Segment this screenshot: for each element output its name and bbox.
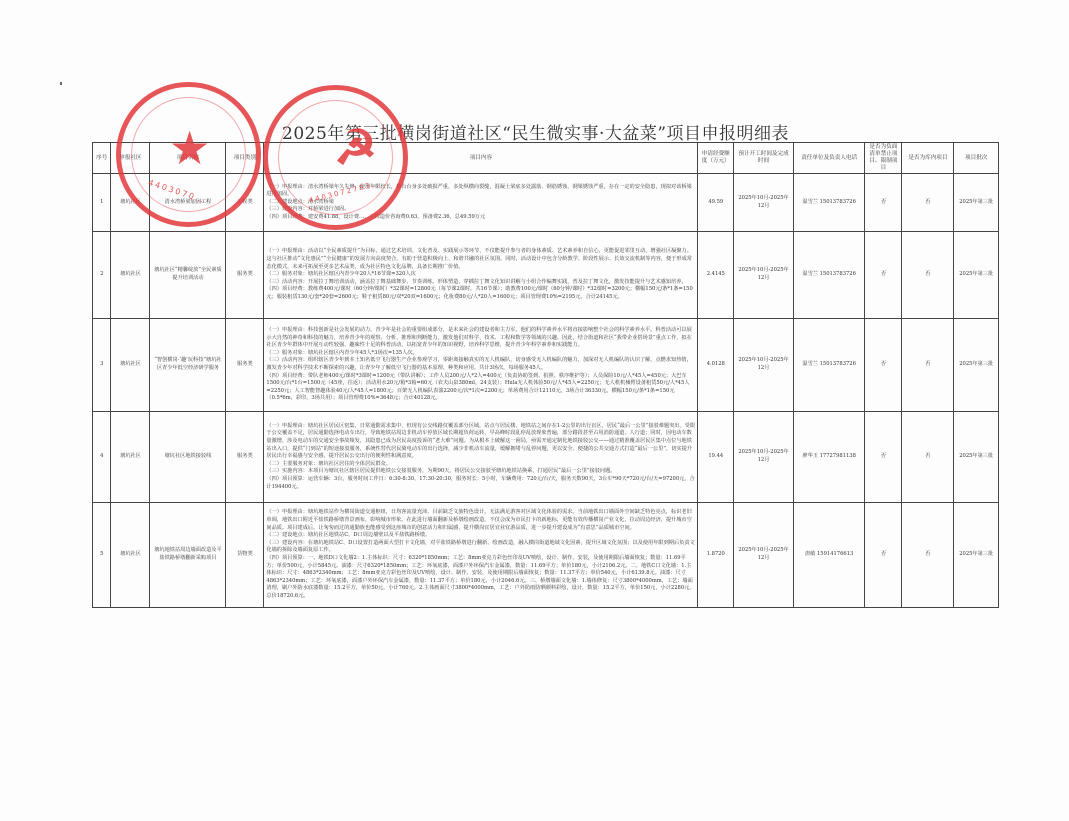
content-budget: （四）项目经费：教练费400元/课时（60分钟/课时）*32课时=12800元（…	[266, 286, 695, 301]
cell-name: 塘坑地铁站周边墙面改造及平盐铁路桥墩翻新采购项目	[150, 503, 226, 608]
cell-negative-list: 否	[865, 412, 902, 503]
content-scope: （三）建设内容：在塘坑地铁站C、D口设置打造两面大型打卡文化墙，对平盐铁路桥墩进…	[266, 540, 695, 555]
cell-amount: 4.0128	[698, 319, 734, 412]
cell-community: 塘坑社区	[111, 232, 150, 319]
scan-speck	[60, 82, 62, 85]
content-reason: （一）申报理由：清水湾桥梁年久失修，使用年限较长，桥台台身多处破损严重，多处纵横…	[266, 184, 695, 199]
cell-amount: 2.4145	[698, 232, 734, 319]
document-title: 2025年第三批横岗街道社区“民生微实事·大盆菜”项目申报明细表	[282, 119, 802, 144]
cell-amount: 19.44	[698, 412, 734, 503]
cell-owner: 温雪兰 15013783726	[793, 174, 865, 232]
table-row: 2 塘坑社区 塘坑社区“精馨绽放”全民素质提升培训活动 服务类 （一）申报理由：…	[93, 232, 999, 319]
scanned-page: 2025年第三批横岗街道社区“民生微实事·大盆菜”项目申报明细表 序号 申报社区…	[0, 0, 1069, 821]
header-amount: 申请经费额度（万元）	[698, 143, 734, 174]
cell-category: 服务类	[226, 232, 264, 319]
content-reason: （一）申报理由：塘坑社区居民区密集，日常通勤需求集中，但现有公交线路仅覆盖部分区…	[266, 423, 695, 461]
cell-content: （一）申报理由：清水湾桥梁年久失修，使用年限较长，桥台台身多处破损严重，多处纵横…	[264, 174, 698, 232]
cell-content: （一）申报理由：塘坑地铁站作为横岗街道交通枢纽，日均客流量充沛，目前缺乏文旅特色…	[264, 503, 698, 608]
cell-in-library: 否	[902, 232, 954, 319]
content-reason: （一）申报理由：塘坑地铁站作为横岗街道交通枢纽，日均客流量充沛，目前缺乏文旅特色…	[266, 509, 695, 532]
content-scope: （三）建设内容：对桥梁进行加固。	[266, 206, 695, 214]
table-row: 4 塘坑社区 塘坑社区地铁接驳线 服务类 （一）申报理由：塘坑社区居民区密集，日…	[93, 412, 999, 503]
cell-owner: 温雪兰 15013783726	[793, 232, 865, 319]
cell-batch: 2025年第三批	[954, 232, 999, 319]
cell-batch: 2025年第三批	[954, 503, 999, 608]
content-audience: （二）服务对象：塘坑社区辖区内青少年20人*16节课=320人次	[266, 271, 695, 279]
header-category: 项目类别	[226, 143, 264, 174]
cell-community: 塘坑社区	[111, 503, 150, 608]
cell-period: 2025年10月-2025年12月	[734, 412, 794, 503]
cell-no: 4	[93, 412, 111, 503]
cell-negative-list: 否	[865, 232, 902, 319]
content-budget: （四）项目预算：一、地铁D口文化墙2：1.主体标识：尺寸：6320*1850mm…	[266, 555, 695, 601]
cell-community: 塘坑社区	[111, 319, 150, 412]
cell-name: 塘坑社区“精馨绽放”全民素质提升培训活动	[150, 232, 226, 319]
cell-name: 塘坑社区地铁接驳线	[150, 412, 226, 503]
cell-negative-list: 否	[865, 503, 902, 608]
cell-no: 5	[93, 503, 111, 608]
cell-name: “智创横岗·‘趣’玩科技”塘坑社区青少年低空经济研学服务	[150, 319, 226, 412]
cell-period: 2025年10月-2025年12月	[734, 503, 794, 608]
content-budget: （四）项目预算：运营车辆：3台，服务时间工作日：6:30-8:30、17:30-…	[266, 476, 695, 491]
cell-owner: 唐敏 15914176613	[793, 503, 865, 608]
table-header-row: 序号 申报社区 项目名称 项目类别 项目内容 申请经费额度（万元） 预计开工时间…	[93, 143, 999, 174]
content-budget: （四）项目经费：建安费41.88，设计费…，工程造价咨询费0.63，预备费2.3…	[266, 214, 695, 222]
content-activities: （三）活动内容：组织辖区青少年到本土知名低空飞行器生产企业参观学习，零距离接触真…	[266, 357, 695, 372]
header-name: 项目名称	[150, 143, 226, 174]
cell-amount: 49.59	[698, 174, 734, 232]
cell-in-library: 否	[902, 503, 954, 608]
cell-content: （一）申报理由：塘坑社区居民区密集，日常通勤需求集中，但现有公交线路仅覆盖部分区…	[264, 412, 698, 503]
header-negative-list: 是否为负面清单禁止项目、限制项目	[865, 143, 902, 174]
header-no: 序号	[93, 143, 111, 174]
cell-category: 服务类	[226, 319, 264, 412]
cell-period: 2025年10月-2025年12月	[734, 174, 794, 232]
header-in-library: 是否为库内项目	[902, 143, 954, 174]
cell-no: 1	[93, 174, 111, 232]
header-content: 项目内容	[264, 143, 698, 174]
cell-category: 货物类	[226, 503, 264, 608]
cell-in-library: 否	[902, 174, 954, 232]
content-budget: （四）项目经费：带队老师400元/课时*3课时=1200元（带队讲解）；工作人员…	[266, 373, 695, 403]
table-row: 3 塘坑社区 “智创横岗·‘趣’玩科技”塘坑社区青少年低空经济研学服务 服务类 …	[93, 319, 999, 412]
cell-owner: 温雪兰 15013783726	[793, 319, 865, 412]
cell-batch: 2025年第三批	[954, 319, 999, 412]
cell-community: 塘坑社区	[111, 174, 150, 232]
project-table: 序号 申报社区 项目名称 项目类别 项目内容 申请经费额度（万元） 预计开工时间…	[92, 142, 999, 608]
cell-in-library: 否	[902, 319, 954, 412]
table-row: 5 塘坑社区 塘坑地铁站周边墙面改造及平盐铁路桥墩翻新采购项目 货物类 （一）申…	[93, 503, 999, 608]
cell-no: 3	[93, 319, 111, 412]
header-owner: 责任单位及负责人电话	[793, 143, 865, 174]
table-row: 1 塘坑社区 清水湾桥梁加固工程 工程类 （一）申报理由：清水湾桥梁年久失修，使…	[93, 174, 999, 232]
cell-batch: 2025年第三批	[954, 412, 999, 503]
cell-community: 塘坑社区	[111, 412, 150, 503]
cell-category: 服务类	[226, 412, 264, 503]
cell-amount: 1.8720	[698, 503, 734, 608]
header-period: 预计开工时间及完成时间	[734, 143, 794, 174]
cell-name: 清水湾桥梁加固工程	[150, 174, 226, 232]
cell-in-library: 否	[902, 412, 954, 503]
cell-category: 工程类	[226, 174, 264, 232]
cell-negative-list: 否	[865, 319, 902, 412]
cell-owner: 廖华玉 17727981138	[793, 412, 865, 503]
cell-no: 2	[93, 232, 111, 319]
header-community: 申报社区	[111, 143, 150, 174]
content-reason: （一）申报理由：活动以“全民素质提升”为目标，通过艺术培训、文化普及、实践展示等…	[266, 248, 695, 271]
header-batch: 项目批次	[954, 143, 999, 174]
content-implementation: （三）实施内容：本项目为塘坑社区辖区居民提供地铁公交接驳服务，为期90天，将居民…	[266, 468, 695, 476]
cell-period: 2025年10月-2025年12月	[734, 319, 794, 412]
content-location: （二）建设地点：塘坑社区地铁站C、D口周边墙壁以及平盐铁路桥墩。	[266, 532, 695, 540]
cell-negative-list: 否	[865, 174, 902, 232]
cell-period: 2025年10月-2025年12月	[734, 232, 794, 319]
cell-content: （一）申报理由：科技创新是社会发展的动力，青少年是社会的重要组成部分，是未来社会…	[264, 319, 698, 412]
content-reason: （一）申报理由：科技创新是社会发展的动力，青少年是社会的重要组成部分，是未来社会…	[266, 327, 695, 350]
cell-content: （一）申报理由：活动以“全民素质提升”为目标，通过艺术培训、文化普及、实践展示等…	[264, 232, 698, 319]
cell-batch: 2025年第三批	[954, 174, 999, 232]
